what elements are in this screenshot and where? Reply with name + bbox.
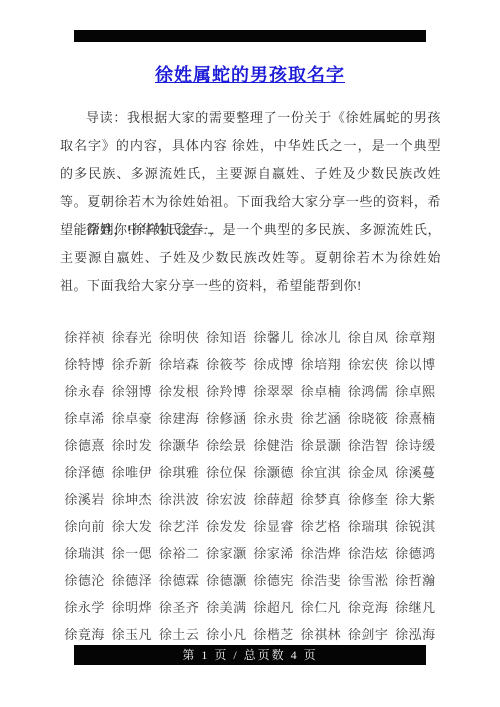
name-row: 徐泽德 徐唯伊 徐琪雅 徐位保 徐灏德 徐宜淇 徐金凤 徐溪蔓 bbox=[0, 459, 500, 486]
name-row: 徐特博 徐乔新 徐培森 徐筱芩 徐成博 徐培翔 徐宏侠 徐以博 bbox=[0, 351, 500, 378]
name-row: 徐竟海 徐玉凡 徐土云 徐小凡 徐楷芝 徐祺林 徐剑宇 徐泓海 bbox=[0, 621, 500, 648]
name-row: 徐卓浠 徐卓豪 徐建海 徐修涵 徐永贵 徐艺涵 徐晓筱 徐熹楠 bbox=[0, 405, 500, 432]
body-paragraph: 徐姓，中华姓氏之一，是一个典型的多民族、多源流姓氏，主要源自嬴姓、子姓及少数民族… bbox=[60, 216, 441, 300]
name-row: 徐瑞淇 徐一偲 徐裕二 徐家灏 徐家浠 徐浩烨 徐浩炫 徐德鸿 bbox=[0, 540, 500, 567]
names-list: 徐祥祯 徐春光 徐明侠 徐知语 徐馨儿 徐冰儿 徐自凤 徐章翔 徐特博 徐乔新 … bbox=[0, 324, 500, 648]
name-row: 徐永春 徐翎博 徐发根 徐羚博 徐翠翠 徐卓楠 徐鸿儒 徐卓熙 bbox=[0, 378, 500, 405]
name-row: 徐德熹 徐时发 徐灏华 徐绘景 徐健浩 徐景灏 徐浩智 徐诗缓 bbox=[0, 432, 500, 459]
header-bar bbox=[74, 30, 426, 42]
document-page: 徐姓属蛇的男孩取名字 导读：我根据大家的需要整理了一份关于《徐姓属蛇的男孩取名字… bbox=[0, 0, 500, 707]
name-row: 徐向前 徐大发 徐艺洋 徐发发 徐显睿 徐艺格 徐瑞琪 徐锐淇 bbox=[0, 513, 500, 540]
page-indicator: 第 1 页 / 总页数 4 页 bbox=[182, 648, 317, 662]
name-row: 徐祥祯 徐春光 徐明侠 徐知语 徐馨儿 徐冰儿 徐自凤 徐章翔 bbox=[0, 324, 500, 351]
name-row: 徐溪岩 徐坤杰 徐洪波 徐宏波 徐薛超 徐梦真 徐修奎 徐大紫 bbox=[0, 486, 500, 513]
name-row: 徐德沦 徐德泽 徐德霖 徐德灏 徐德宪 徐浩斐 徐雪淞 徐哲瀚 bbox=[0, 567, 500, 594]
name-row: 徐永学 徐明烨 徐圣齐 徐美满 徐超凡 徐仁凡 徐竞海 徐继凡 bbox=[0, 594, 500, 621]
page-title[interactable]: 徐姓属蛇的男孩取名字 bbox=[0, 61, 500, 87]
footer-bar: 第 1 页 / 总页数 4 页 bbox=[74, 645, 426, 665]
